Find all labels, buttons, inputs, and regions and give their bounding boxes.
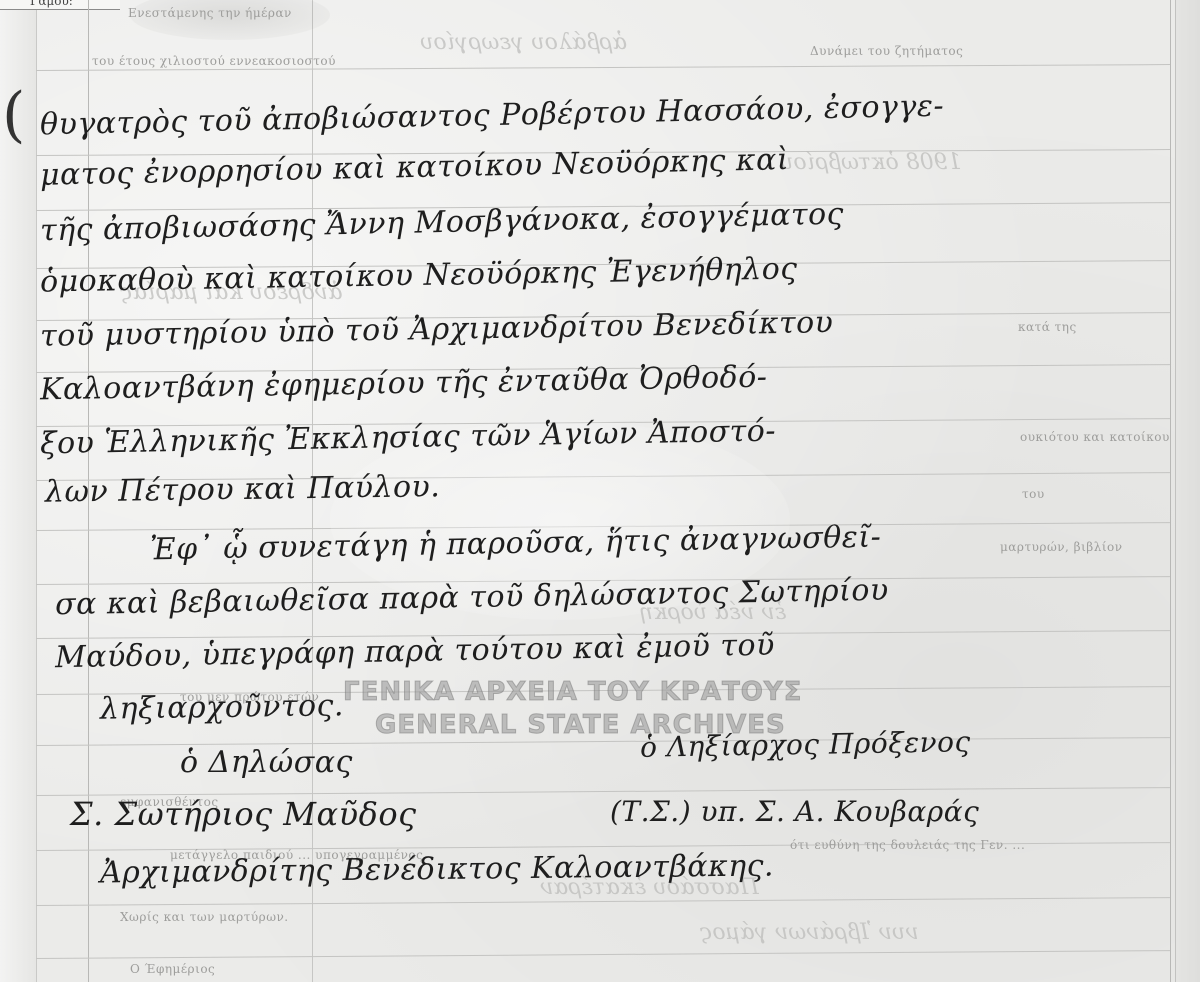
bleed-through-text: ἀρβάλου γεωργίου (420, 30, 627, 55)
handwritten-line-4: ὁμοκαθοὺ καὶ κατοίκου Νεοϋόρκης Ἐγενήθηλ… (40, 251, 798, 299)
printed-form-text: κατά της (1018, 320, 1077, 334)
handwritten-line-1: θυγατρὸς τοῦ ἀποβιώσαντος Ροβέρτου Ηασσά… (40, 89, 945, 143)
archive-watermark-english: GENERAL STATE ARCHIVES (375, 710, 786, 740)
printed-form-text: Ενεστάμενης την ήμέραν (128, 6, 292, 20)
declarant-signature: Σ. Σωτήριος Μαῦδος (70, 795, 417, 833)
printed-form-text: ουκιότου και κατοίκου (1020, 430, 1170, 444)
priest-signature: Ἀρχιμανδρίτης Βενέδικτος Καλοαντβάκης. (100, 848, 774, 890)
handwritten-line-3: τῆς ἀποβιωσάσης Ἄννη Μοσβγάνοκα, ἐσογγέμ… (40, 197, 845, 249)
printed-form-text: μαρτυρών, βιβλίον (1000, 540, 1123, 554)
handwritten-line-12: ληξιαρχοῦντος. (100, 688, 344, 726)
printed-form-text: του (1022, 487, 1045, 501)
bleed-through-text: 1908 ὀκτωβρίου (780, 150, 962, 175)
handwritten-line-11: Μαύδου, ὑπεγράφη παρὰ τούτου καὶ ἐμοῦ το… (55, 628, 775, 676)
seal-and-officer-signature: (Τ.Σ.) υπ. Σ. Α. Κουβαράς (610, 795, 979, 828)
declarant-label: ὁ Δηλώσας (180, 745, 353, 780)
top-header-strip: Γάμου: (0, 0, 120, 10)
printed-form-text: Δυνάμει του ζητήματος (810, 44, 963, 58)
handwritten-line-6: Καλοαντβάνη ἐφημερίου τῆς ἐνταῦθα Ὀρθοδό… (40, 360, 768, 408)
archive-watermark-greek: ΓΕΝΙΚΑ ΑΡΧΕΙΑ ΤΟΥ ΚΡΑΤΟΥΣ (343, 677, 802, 707)
handwritten-line-5: τοῦ μυστηρίου ὑπὸ τοῦ Ἀρχιμανδρίτου Βενε… (40, 305, 834, 354)
header-fragment: Γάμου: (30, 0, 73, 8)
column-line (1170, 0, 1171, 982)
handwritten-line-2: ματος ἐνορρησίου καὶ κατοίκου Νεοϋόρκης … (40, 142, 790, 193)
ruled-line (36, 950, 1170, 959)
right-page-edge (1175, 0, 1200, 982)
printed-form-text: Χωρίς και των μαρτύρων. (120, 910, 289, 924)
margin-bracket: ( (2, 80, 25, 150)
handwritten-line-8: λων Πέτρου καὶ Παύλου. (45, 469, 441, 510)
printed-form-text: ότι ευθύνη της δουλειάς της Γεν. ... (790, 838, 1025, 852)
handwritten-line-9: Ἐφ᾽ ᾧ συνετάγη ἡ παροῦσα, ἥτις ἀναγνωσθε… (150, 520, 882, 568)
printed-form-text: Ο Έφημέριος (130, 962, 215, 976)
bleed-through-text: νυν Ἰβράνων γάμος (700, 920, 919, 945)
document-page: Γάμου: Ενεστάμενης την ήμέραν του έτους … (0, 0, 1200, 982)
printed-form-text: του έτους χιλιοστού εννεακοσιοστού (92, 54, 336, 68)
